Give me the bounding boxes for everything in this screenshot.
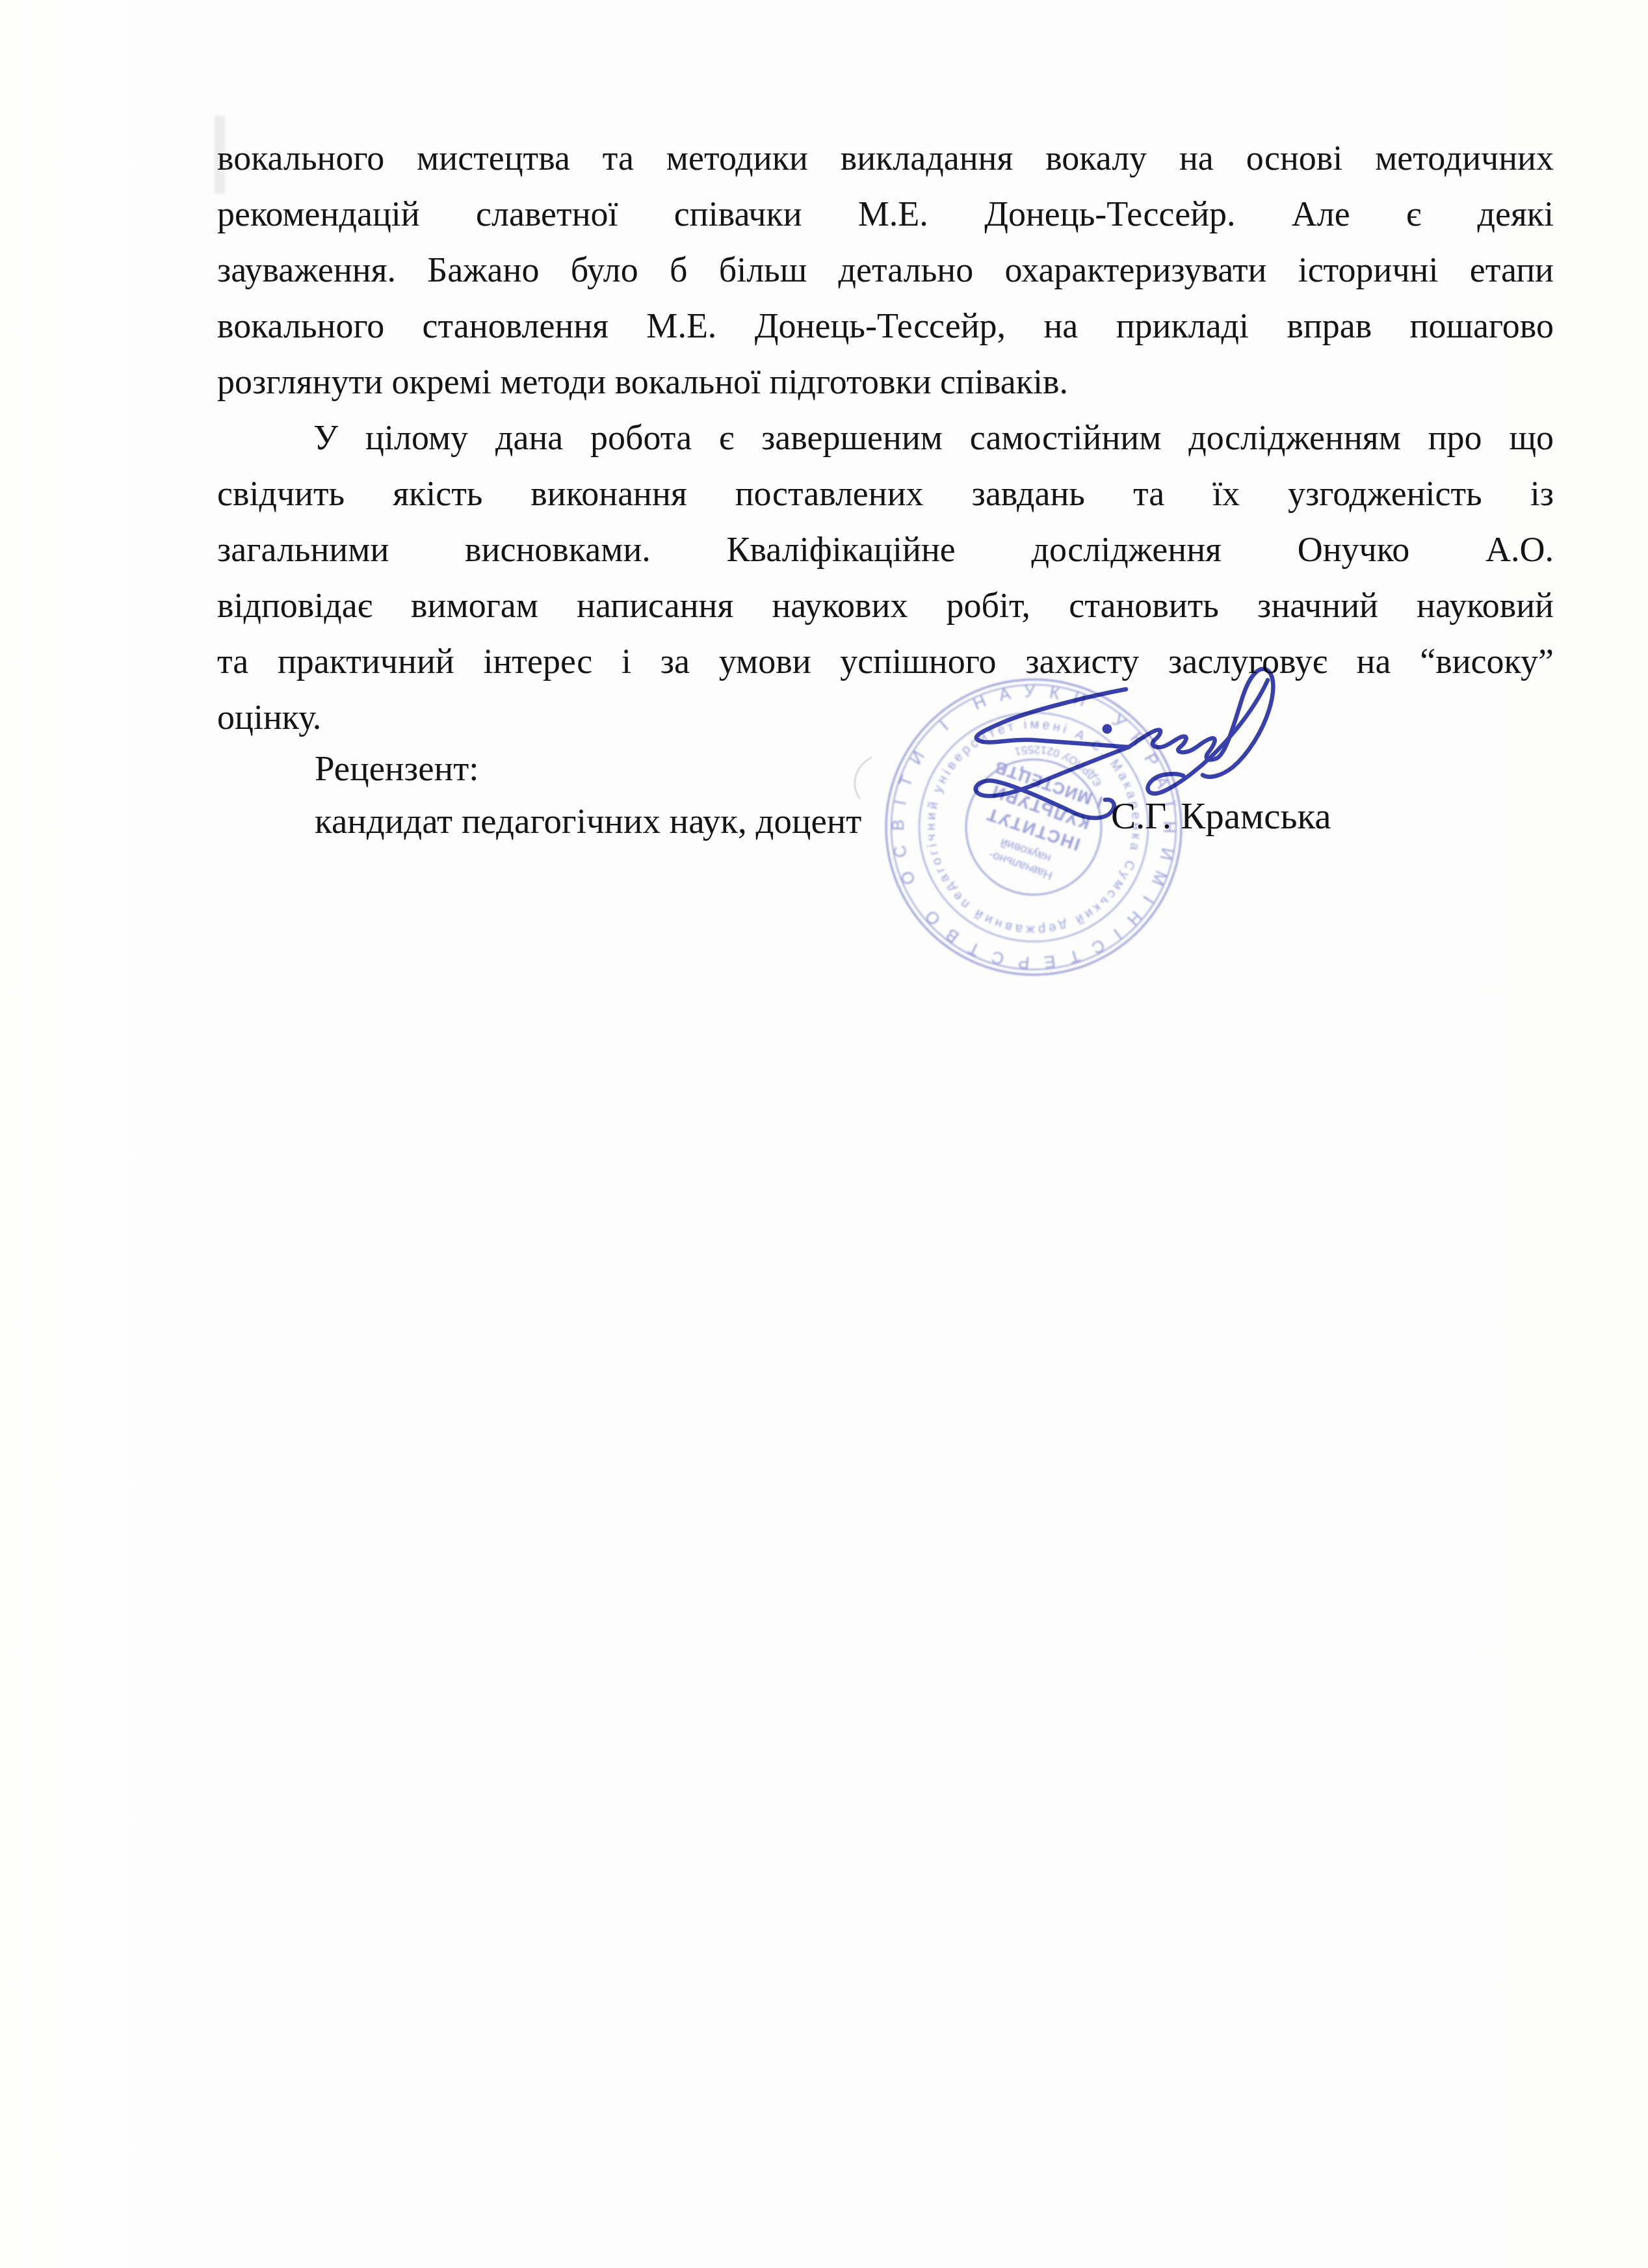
- reviewer-label: Рецензент:: [315, 748, 478, 789]
- scan-faint-pencil-arc: [855, 758, 871, 798]
- text-line: свідчить якість виконання поставлених за…: [217, 466, 1554, 521]
- text-line: рекомендацій славетної співачки М.Е. Дон…: [217, 186, 1554, 242]
- handwritten-signature: [832, 650, 1443, 865]
- signature-stroke-waves-and-loop: [1129, 669, 1273, 777]
- text-line: загальними висновками. Кваліфікаційне до…: [217, 521, 1554, 577]
- text-line: вокального становлення М.Е. Донець-Тессе…: [217, 298, 1554, 354]
- paragraph-1: вокального мистецтва та методики виклада…: [217, 130, 1554, 410]
- signature-stroke-e: [976, 689, 1129, 818]
- reviewer-title: кандидат педагогічних наук, доцент: [315, 800, 861, 841]
- text-line: відповідає вимогам написання наукових ро…: [217, 577, 1554, 633]
- text-line: У цілому дана робота є завершеним самост…: [217, 410, 1554, 466]
- scanned-document-page: вокального мистецтва та методики виклада…: [0, 0, 1648, 2268]
- text-line: зауваження. Бажано було б більш детально…: [217, 242, 1554, 298]
- text-line: розглянути окремі методи вокальної підго…: [217, 354, 1554, 410]
- text-line: вокального мистецтва та методики виклада…: [217, 130, 1554, 186]
- signature-ink-blob: [1103, 724, 1112, 734]
